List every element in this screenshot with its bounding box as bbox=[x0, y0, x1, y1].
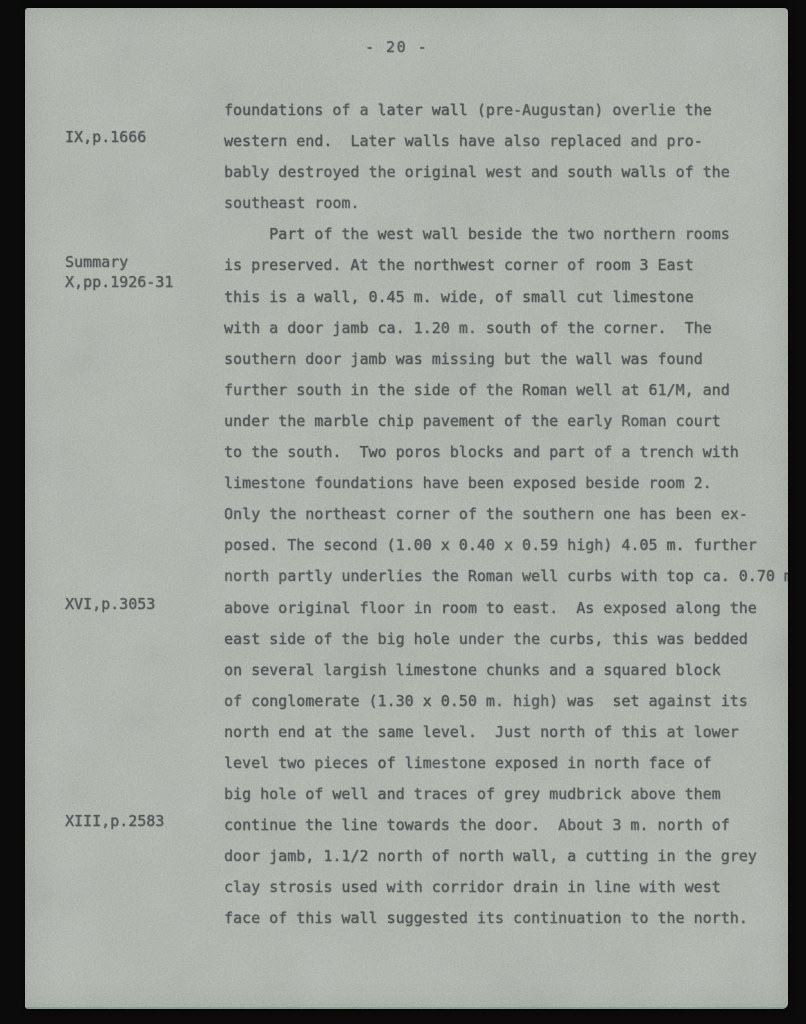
margin-note-line: Summary bbox=[65, 252, 173, 272]
margin-note-line: X,pp.1926-31 bbox=[65, 272, 173, 292]
text-line: southern door jamb was missing but the w… bbox=[224, 344, 788, 375]
text-line: face of this wall suggested its continua… bbox=[224, 903, 788, 934]
text-line: foundations of a later wall (pre-Augusta… bbox=[224, 95, 788, 126]
text-line: further south in the side of the Roman w… bbox=[224, 375, 788, 406]
text-line: big hole of well and traces of grey mudb… bbox=[224, 779, 788, 810]
text-line: clay strosis used with corridor drain in… bbox=[224, 872, 788, 903]
text-line: limestone foundations have been exposed … bbox=[224, 468, 788, 499]
text-line: is preserved. At the northwest corner of… bbox=[224, 250, 788, 281]
text-line: with a door jamb ca. 1.20 m. south of th… bbox=[224, 313, 788, 344]
margin-note: XIII,p.2583 bbox=[65, 811, 164, 831]
text-line: on several largish limestone chunks and … bbox=[224, 655, 788, 686]
document-page: - 20 - foundations of a later wall (pre-… bbox=[25, 8, 788, 1009]
margin-note-line: IX,p.1666 bbox=[65, 127, 146, 147]
margin-note: IX,p.1666 bbox=[65, 127, 146, 147]
text-line: Part of the west wall beside the two nor… bbox=[224, 219, 788, 250]
text-line: of conglomerate (1.30 x 0.50 m. high) wa… bbox=[224, 686, 788, 717]
text-line: north end at the same level. Just north … bbox=[224, 717, 788, 748]
text-line: this is a wall, 0.45 m. wide, of small c… bbox=[224, 282, 788, 313]
document-body: foundations of a later wall (pre-Augusta… bbox=[224, 95, 788, 935]
text-line: above original floor in room to east. As… bbox=[224, 593, 788, 624]
text-line: bably destroyed the original west and so… bbox=[224, 157, 788, 188]
margin-note-line: XVI,p.3053 bbox=[65, 594, 155, 614]
scan-background: - 20 - foundations of a later wall (pre-… bbox=[0, 0, 806, 1024]
page-number: - 20 - bbox=[365, 38, 428, 56]
text-line: southeast room. bbox=[224, 188, 788, 219]
text-line: north partly underlies the Roman well cu… bbox=[224, 561, 788, 592]
text-line: western end. Later walls have also repla… bbox=[224, 126, 788, 157]
text-line: to the south. Two poros blocks and part … bbox=[224, 437, 788, 468]
margin-note: SummaryX,pp.1926-31 bbox=[65, 252, 173, 292]
text-line: door jamb, 1.1/2 north of north wall, a … bbox=[224, 841, 788, 872]
margin-note: XVI,p.3053 bbox=[65, 594, 155, 614]
text-line: under the marble chip pavement of the ea… bbox=[224, 406, 788, 437]
margin-note-line: XIII,p.2583 bbox=[65, 811, 164, 831]
text-line: level two pieces of limestone exposed in… bbox=[224, 748, 788, 779]
text-line: Only the northeast corner of the souther… bbox=[224, 499, 788, 530]
text-line: continue the line towards the door. Abou… bbox=[224, 810, 788, 841]
text-line: east side of the big hole under the curb… bbox=[224, 624, 788, 655]
text-line: posed. The second (1.00 x 0.40 x 0.59 hi… bbox=[224, 530, 788, 561]
